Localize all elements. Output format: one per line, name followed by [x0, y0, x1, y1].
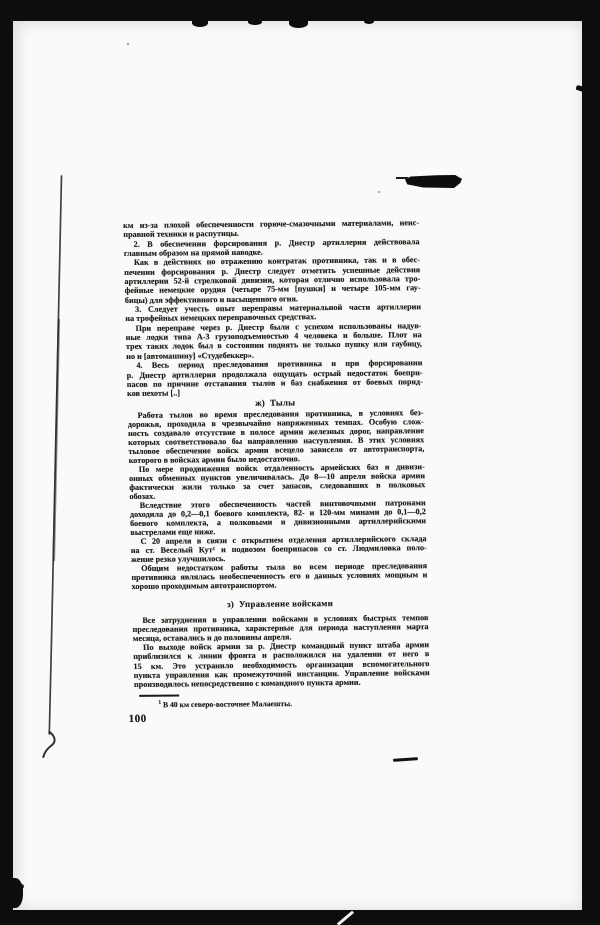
- scan-edge-blotch: [192, 19, 208, 27]
- scan-edge-blotch: [6, 878, 23, 908]
- footnote-text: В 40 км северо-восточнее Малаешты.: [163, 699, 292, 709]
- ink-dot: [378, 191, 380, 193]
- footnote-rule: [139, 695, 179, 697]
- scanned-book-page: км из-за плохой обеспеченности горюче-см…: [0, 0, 600, 925]
- footnote-marker: 1: [158, 699, 161, 705]
- section-1: км из-за плохой обеспеченности горюче-см…: [123, 218, 423, 398]
- footnote: 1 В 40 км северо-восточнее Малаешты.: [134, 696, 430, 709]
- scan-border-left: [0, 0, 13, 925]
- section-3: з) Управление войскамиВсе затруднения в …: [132, 597, 430, 689]
- scan-border-right: [582, 0, 600, 925]
- section-heading: з) Управление войсками: [132, 597, 428, 610]
- section-2: ж) ТылыРабота тылов во время преследован…: [127, 396, 427, 590]
- text-line: производилось непосредственно с командно…: [134, 677, 430, 689]
- scan-border-bottom: [0, 910, 600, 925]
- ink-dot: [127, 43, 129, 45]
- scan-edge-blotch: [248, 19, 262, 25]
- scan-border-top: [0, 0, 600, 21]
- ink-smudge-tail: [396, 177, 408, 179]
- scan-edge-blotch: [364, 19, 374, 24]
- scan-edge-blotch: [289, 19, 308, 28]
- text-column: км из-за плохой обеспеченности горюче-см…: [123, 218, 431, 725]
